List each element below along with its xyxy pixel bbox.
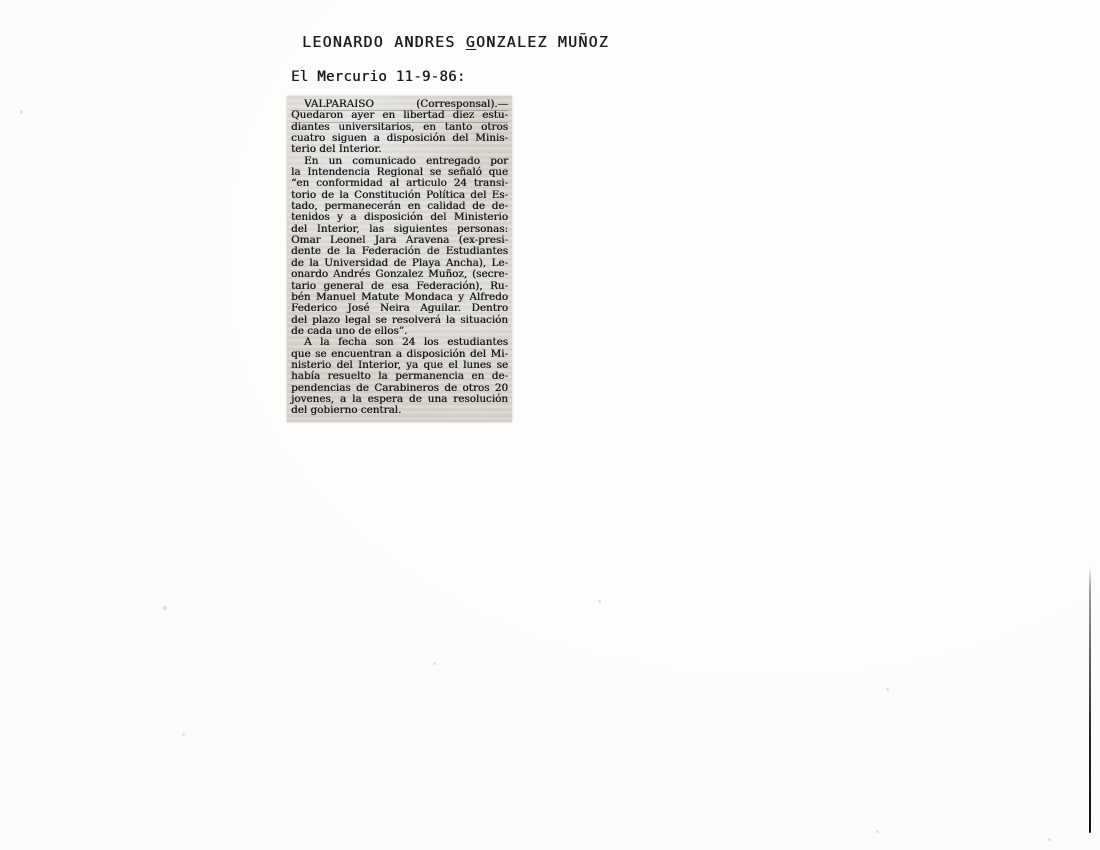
document-title-part1: LEONARDO ANDRES xyxy=(302,33,466,51)
clipping-line: A la fecha son 24 los estudiantes xyxy=(291,337,508,348)
scan-speckle xyxy=(598,600,601,603)
scan-speckle xyxy=(182,733,185,736)
clipping-line: Quedaron ayer en libertad diez estu- xyxy=(291,110,508,121)
scan-speckle xyxy=(433,662,436,665)
scanned-page: LEONARDO ANDRES GONZALEZ MUÑOZ El Mercur… xyxy=(0,0,1100,850)
newspaper-clipping: VALPARAISO (Corresponsal).—Quedaron ayer… xyxy=(287,96,512,422)
scan-speckle xyxy=(20,110,23,114)
document-title-underlined-letter: G xyxy=(466,33,476,51)
scan-speckle xyxy=(886,688,889,691)
clipping-line: del gobierno central. xyxy=(291,405,508,416)
scan-speckle xyxy=(1048,838,1051,841)
document-title: LEONARDO ANDRES GONZALEZ MUÑOZ xyxy=(302,33,609,51)
clipping-line: había resuelto la permanencia en de- xyxy=(291,371,508,382)
scan-speckle xyxy=(163,606,167,610)
scan-speckle xyxy=(876,830,879,833)
clipping-line: Federico José Neira Aguilar. Dentro xyxy=(291,303,508,314)
document-title-part2: ONZALEZ MUÑOZ xyxy=(476,33,609,51)
source-caption: El Mercurio 11-9-86: xyxy=(291,69,466,85)
clipping-line: onardo Andrés Gonzalez Muñoz, (secre- xyxy=(291,269,508,280)
scan-edge-artifact xyxy=(1089,566,1091,833)
